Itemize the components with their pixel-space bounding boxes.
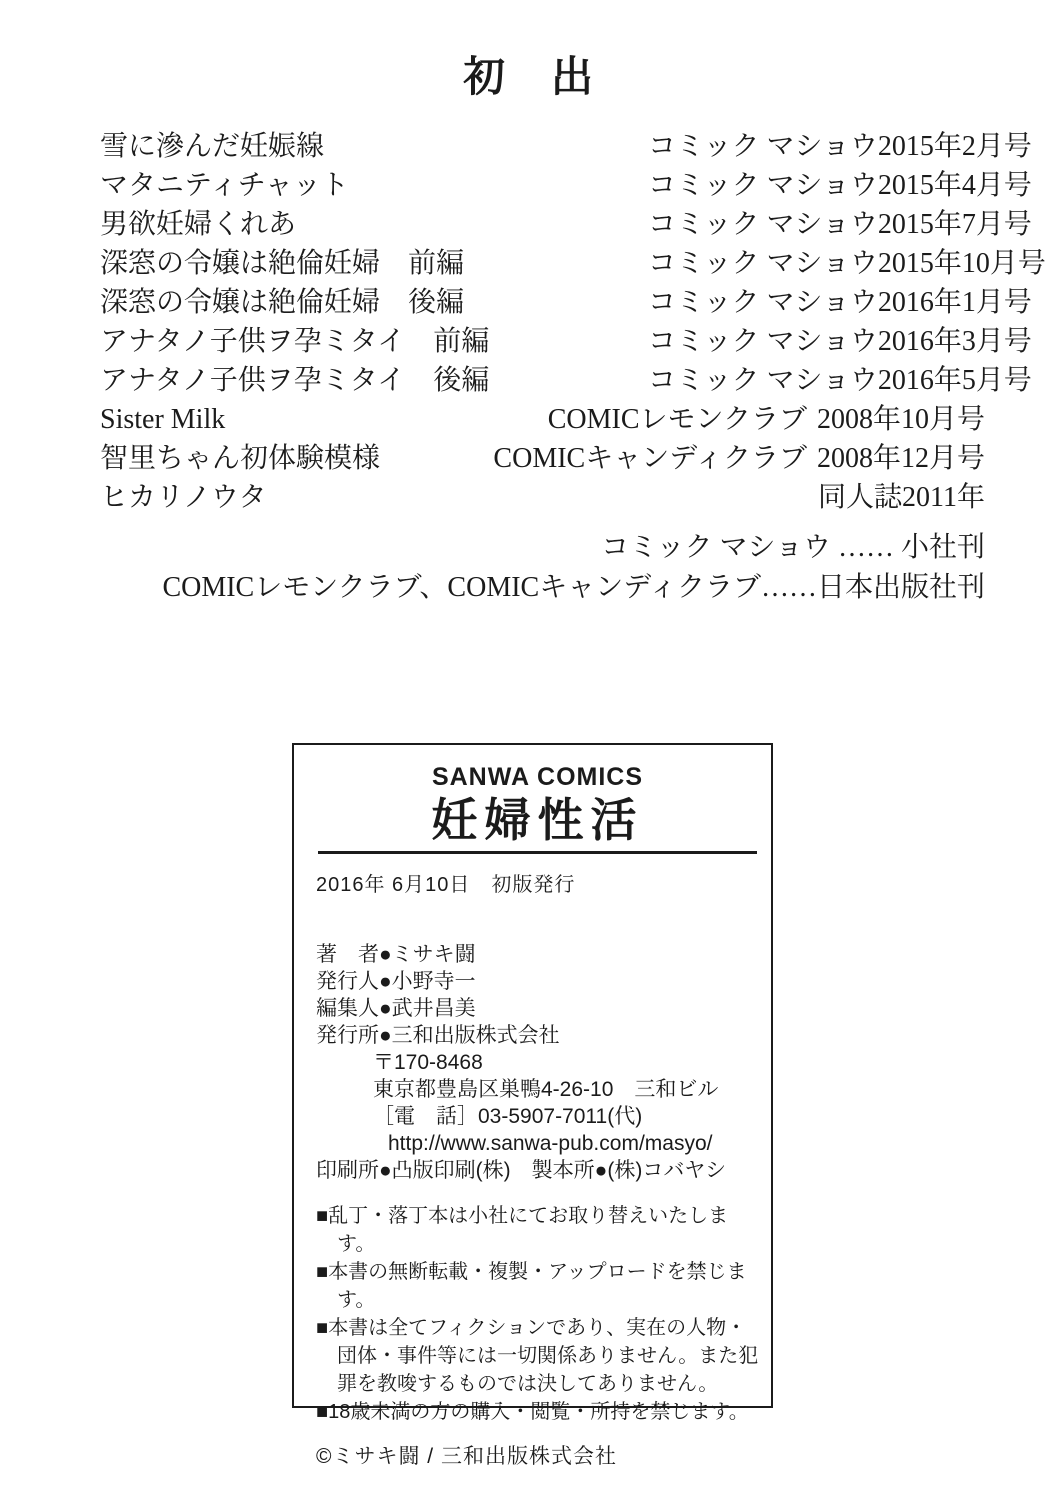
issue-label: 2015年4月号 — [878, 166, 1032, 205]
issue-label: 2015年2月号 — [878, 127, 1032, 166]
publisher-note: コミック マショウ …… 小社刊 — [100, 528, 985, 568]
notice-item: ■本書の無断転載・複製・アップロードを禁じます。 — [316, 1258, 759, 1314]
printer-line: 印刷所●凸版印刷(株) 製本所●(株)コバヤシ — [316, 1157, 759, 1184]
magazine-name: コミック マショウ — [648, 361, 878, 400]
magazine-name: コミック マショウ — [648, 166, 878, 205]
issue-label: 2016年3月号 — [878, 322, 1032, 361]
phone-line: ［電 話］03-5907-7011(代) — [316, 1103, 759, 1130]
notice-item: ■乱丁・落丁本は小社にてお取り替えいたします。 — [316, 1202, 759, 1258]
work-title: 男欲妊婦くれあ — [100, 205, 296, 244]
notice-item: ■18歳未満の方の購入・閲覧・所持を禁じます。 — [316, 1398, 759, 1426]
edition-date: 2016年 6月10日 初版発行 — [316, 868, 759, 897]
list-item: マタニティチャット コミック マショウ 2015年4月号 — [100, 166, 985, 205]
publication-source: コミック マショウ 2015年2月号 — [648, 127, 985, 166]
publication-source: コミック マショウ 2015年7月号 — [648, 205, 985, 244]
page-title: 初 出 — [0, 44, 1058, 104]
work-title: アナタノ子供ヲ孕ミタイ 前編 — [100, 322, 489, 361]
publication-source: コミック マショウ 2016年5月号 — [648, 361, 985, 400]
list-item: 雪に滲んだ妊娠線 コミック マショウ 2015年2月号 — [100, 127, 985, 166]
work-title: 智里ちゃん初体験模様 — [100, 439, 380, 478]
first-publication-list: 雪に滲んだ妊娠線 コミック マショウ 2015年2月号 マタニティチャット コミ… — [100, 127, 985, 517]
issue-label: 2016年5月号 — [878, 361, 1032, 400]
magazine-name: コミック マショウ — [648, 322, 878, 361]
list-item: アナタノ子供ヲ孕ミタイ 後編 コミック マショウ 2016年5月号 — [100, 361, 985, 400]
publication-source: COMICキャンディクラブ 2008年12月号 — [493, 439, 985, 478]
publication-source: コミック マショウ 2015年10月号 — [648, 244, 985, 283]
work-title: 深窓の令嬢は絶倫妊婦 前編 — [100, 244, 464, 283]
list-item: アナタノ子供ヲ孕ミタイ 前編 コミック マショウ 2016年3月号 — [100, 322, 985, 361]
magazine-name: COMICキャンディクラブ — [493, 439, 807, 478]
magazine-name: コミック マショウ — [648, 205, 878, 244]
publisher-person-line: 発行人●小野寺一 — [316, 968, 759, 995]
publication-source: COMICレモンクラブ 2008年10月号 — [548, 400, 985, 439]
issue-label: 2015年10月号 — [878, 244, 1046, 283]
issue-label: 2016年1月号 — [878, 283, 1032, 322]
colophon-page: 初 出 雪に滲んだ妊娠線 コミック マショウ 2015年2月号 マタニティチャッ… — [0, 0, 1058, 1500]
work-title: 深窓の令嬢は絶倫妊婦 後編 — [100, 283, 464, 322]
notices-block: ■乱丁・落丁本は小社にてお取り替えいたします。 ■本書の無断転載・複製・アップロ… — [316, 1202, 759, 1426]
issue-label: 2008年12月号 — [817, 439, 985, 478]
postal-code-line: 〒170-8468 — [316, 1049, 759, 1076]
list-item: ヒカリノウタ 同人誌 2011年 — [100, 478, 985, 517]
colophon-box: SANWA COMICS 妊婦性活 2016年 6月10日 初版発行 著 者●ミ… — [292, 743, 773, 1408]
magazine-name: コミック マショウ — [648, 244, 878, 283]
list-item: 深窓の令嬢は絶倫妊婦 前編 コミック マショウ 2015年10月号 — [100, 244, 985, 283]
credits-block: 著 者●ミサキ闘 発行人●小野寺一 編集人●武井昌美 発行所●三和出版株式会社 … — [316, 941, 759, 1184]
publication-source: コミック マショウ 2016年1月号 — [648, 283, 985, 322]
list-item: 深窓の令嬢は絶倫妊婦 後編 コミック マショウ 2016年1月号 — [100, 283, 985, 322]
publisher-notes: コミック マショウ …… 小社刊 COMICレモンクラブ、COMICキャンディク… — [100, 528, 985, 608]
magazine-name: コミック マショウ — [648, 283, 878, 322]
magazine-name: コミック マショウ — [648, 127, 878, 166]
publication-source: 同人誌 2011年 — [818, 478, 985, 517]
website-url: http://www.sanwa-pub.com/masyo/ — [316, 1130, 759, 1157]
issue-label: 2008年10月号 — [817, 400, 985, 439]
publisher-company-line: 発行所●三和出版株式会社 — [316, 1022, 759, 1049]
publisher-note: COMICレモンクラブ、COMICキャンディクラブ……日本出版社刊 — [100, 568, 985, 608]
magazine-name: 同人誌 — [818, 478, 902, 517]
magazine-name: COMICレモンクラブ — [548, 400, 807, 439]
work-title: マタニティチャット — [100, 166, 349, 205]
work-title: Sister Milk — [100, 400, 225, 439]
notice-item: ■本書は全てフィクションであり、実在の人物・団体・事件等には一切関係ありません。… — [316, 1314, 759, 1398]
title-divider — [318, 851, 757, 854]
work-title: ヒカリノウタ — [100, 478, 267, 517]
imprint-label: SANWA COMICS — [316, 763, 759, 792]
issue-label: 2011年 — [902, 478, 985, 517]
address-line: 東京都豊島区巣鴨4-26-10 三和ビル — [316, 1076, 759, 1103]
copyright-line: ©ミサキ闘 / 三和出版株式会社 — [316, 1440, 759, 1470]
list-item: Sister Milk COMICレモンクラブ 2008年10月号 — [100, 400, 985, 439]
list-item: 智里ちゃん初体験模様 COMICキャンディクラブ 2008年12月号 — [100, 439, 985, 478]
book-title: 妊婦性活 — [316, 794, 759, 847]
editor-line: 編集人●武井昌美 — [316, 995, 759, 1022]
work-title: 雪に滲んだ妊娠線 — [100, 127, 324, 166]
publication-source: コミック マショウ 2015年4月号 — [648, 166, 985, 205]
author-line: 著 者●ミサキ闘 — [316, 941, 759, 968]
publication-source: コミック マショウ 2016年3月号 — [648, 322, 985, 361]
work-title: アナタノ子供ヲ孕ミタイ 後編 — [100, 361, 489, 400]
list-item: 男欲妊婦くれあ コミック マショウ 2015年7月号 — [100, 205, 985, 244]
issue-label: 2015年7月号 — [878, 205, 1032, 244]
